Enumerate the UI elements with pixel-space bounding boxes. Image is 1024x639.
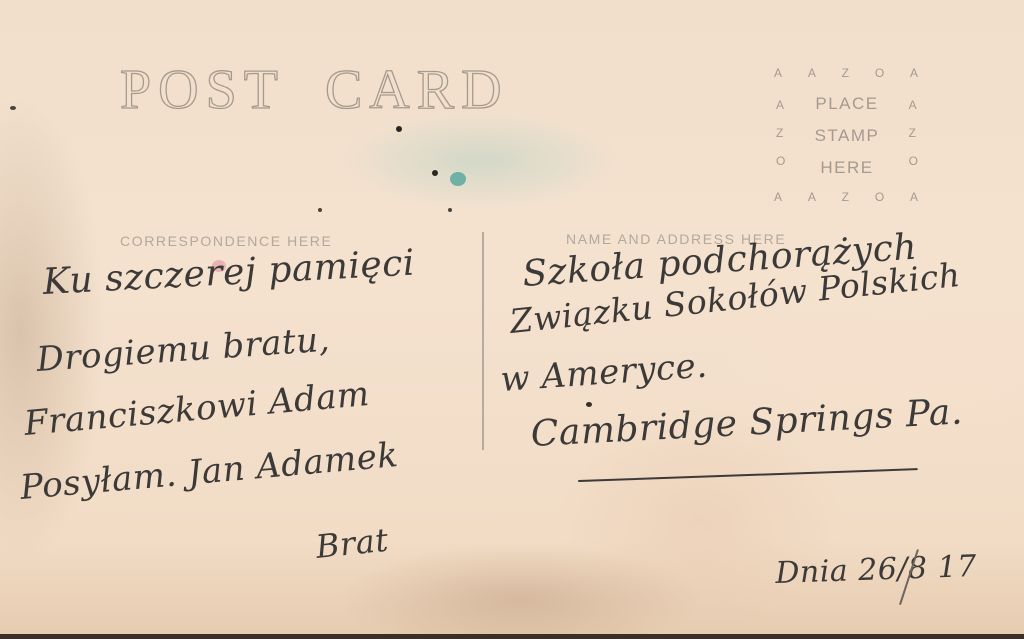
green-stain: [450, 172, 466, 186]
stamp-border-top: A A Z O A: [774, 66, 920, 80]
signature-brat: Brat: [314, 521, 390, 566]
stamp-border-letter: O: [875, 66, 886, 80]
message-line: Posyłam. Jan Adamek: [19, 435, 400, 508]
ink-speck: [318, 208, 322, 212]
message-line: Ku szczerej pamięci: [42, 243, 416, 303]
ink-speck: [396, 126, 402, 132]
postcard-title: POSTCARD: [120, 62, 509, 118]
stamp-border-letter: A: [774, 190, 784, 204]
stamp-border-letter: A: [909, 98, 918, 112]
stamp-border-letter: Z: [776, 126, 785, 140]
correspondence-header: CORRESPONDENCE HERE: [120, 233, 332, 249]
postcard-back: POSTCARD A A Z O A A Z O PLACE STAMP HER…: [0, 0, 1024, 634]
stamp-border-letter: O: [875, 190, 886, 204]
ink-speck: [432, 170, 438, 176]
message-line: Drogiemu bratu,: [35, 320, 331, 380]
ink-speck: [448, 208, 452, 212]
stamp-border-letter: Z: [842, 66, 851, 80]
title-card: CARD: [325, 59, 509, 121]
stamp-border-letter: A: [776, 98, 785, 112]
stamp-border-letter: Z: [842, 190, 851, 204]
stamp-border-letter: A: [808, 66, 818, 80]
stamp-border-letter: Z: [909, 126, 918, 140]
stamp-border-letter: A: [910, 66, 920, 80]
stamp-border-letter: A: [910, 190, 920, 204]
stamp-label-line: HERE: [804, 152, 890, 184]
address-line: w Ameryce.: [499, 346, 709, 400]
stamp-border-letter: O: [776, 154, 785, 168]
stamp-border-letter: A: [774, 66, 784, 80]
stamp-border-letter: A: [808, 190, 818, 204]
scan-edge: [0, 634, 1024, 639]
address-line: Cambridge Springs Pa.: [530, 391, 964, 455]
stamp-label: PLACE STAMP HERE: [804, 88, 890, 184]
stamp-border-right: A Z O: [909, 98, 918, 168]
stamp-border-left: A Z O: [776, 98, 785, 168]
stamp-border-bottom: A A Z O A: [774, 190, 920, 204]
center-divider: [482, 232, 484, 450]
title-post: POST: [120, 59, 285, 121]
stamp-label-line: PLACE: [804, 88, 890, 120]
stamp-box: A A Z O A A Z O PLACE STAMP HERE A Z O A…: [774, 66, 920, 208]
stamp-border-letter: O: [909, 154, 918, 168]
date-line: Dnia 26/8 17: [775, 549, 978, 591]
stamp-label-line: STAMP: [804, 120, 890, 152]
address-underline: [578, 468, 918, 482]
ink-speck: [10, 106, 16, 110]
message-line: Franciszkowi Adam: [23, 374, 372, 444]
ink-speck: [586, 402, 592, 407]
